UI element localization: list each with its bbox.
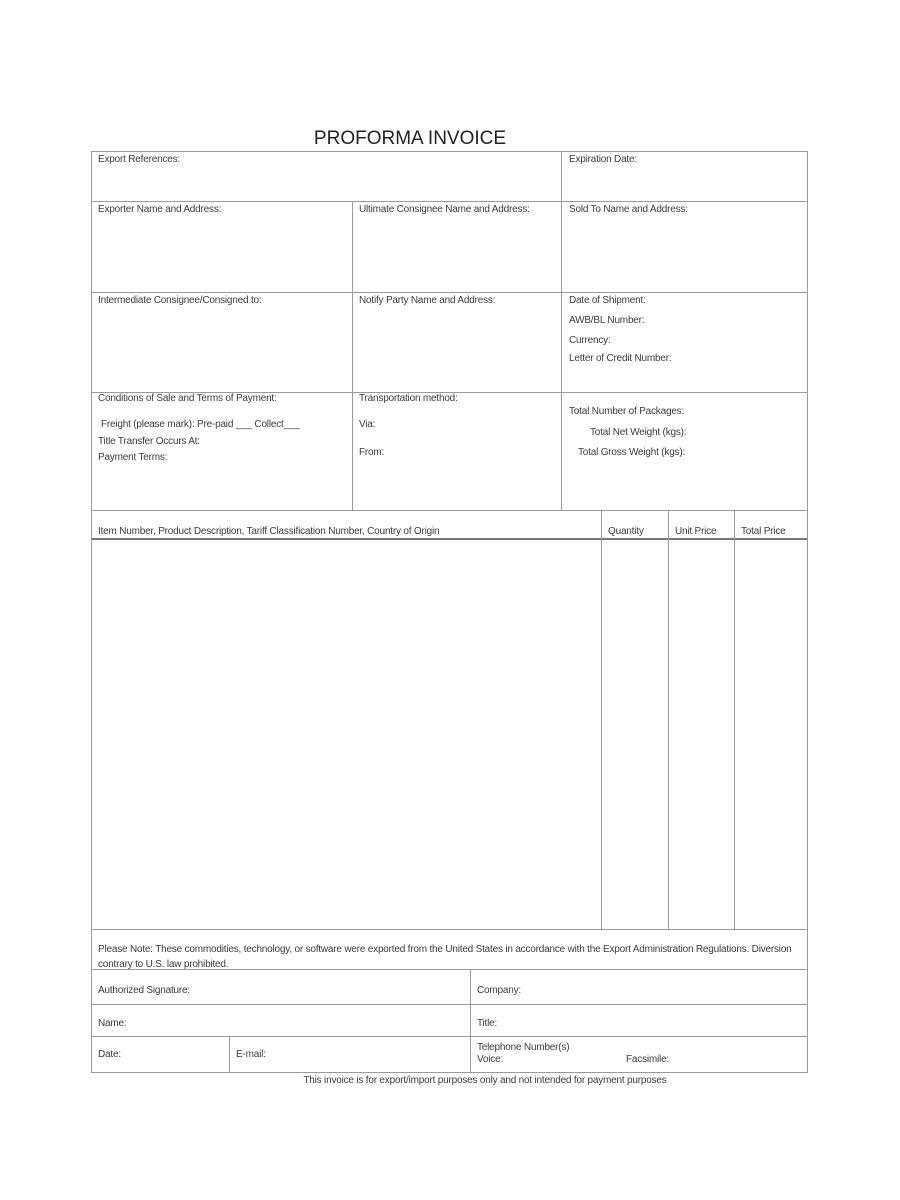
total-price-area[interactable] — [735, 541, 807, 929]
unit-price-area[interactable] — [669, 541, 734, 929]
authorized-signature-label: Authorized Signature: — [98, 985, 190, 996]
total-packages-label: Total Number of Packages: — [569, 406, 684, 417]
transportation-field[interactable]: Transportation method: Via: From: — [353, 393, 561, 510]
title-field[interactable]: Title: — [471, 1005, 807, 1036]
quantity-area[interactable] — [602, 541, 668, 929]
border-right — [807, 151, 808, 1073]
conditions-of-sale-field[interactable]: Conditions of Sale and Terms of Payment:… — [92, 393, 352, 510]
column-header-unit-price: Unit Price — [675, 526, 716, 537]
transportation-method-label: Transportation method: — [359, 393, 458, 404]
awb-bl-label: AWB/BL Number: — [569, 315, 644, 326]
exporter-label: Exporter Name and Address: — [98, 204, 221, 215]
email-label: E-mail: — [236, 1049, 266, 1060]
facsimile-label: Facsimile: — [626, 1054, 669, 1065]
intermediate-consignee-field[interactable]: Intermediate Consignee/Consigned to: — [92, 293, 352, 392]
company-field[interactable]: Company: — [471, 970, 807, 1004]
items-header-divider — [91, 538, 808, 540]
via-label: Via: — [359, 419, 375, 430]
export-references-field[interactable]: Export References: — [92, 152, 561, 201]
telephone-field[interactable]: Telephone Number(s) Voice: Facsimile: — [471, 1037, 807, 1072]
intermediate-consignee-label: Intermediate Consignee/Consigned to: — [98, 295, 261, 306]
column-header-description: Item Number, Product Description, Tariff… — [98, 526, 439, 537]
notify-party-label: Notify Party Name and Address: — [359, 295, 495, 306]
sold-to-field[interactable]: Sold To Name and Address: — [562, 202, 807, 292]
company-label: Company: — [477, 985, 521, 996]
divider — [91, 929, 808, 930]
export-references-label: Export References: — [98, 154, 180, 165]
from-label: From: — [359, 447, 384, 458]
expiration-date-label: Expiration Date: — [569, 154, 637, 165]
total-gross-weight-label: Total Gross Weight (kgs): — [578, 447, 685, 458]
sold-to-label: Sold To Name and Address: — [569, 204, 688, 215]
name-field[interactable]: Name: — [92, 1005, 470, 1036]
ultimate-consignee-field[interactable]: Ultimate Consignee Name and Address: — [353, 202, 561, 292]
letter-of-credit-label: Letter of Credit Number: — [569, 353, 671, 364]
divider — [91, 510, 808, 511]
document-title: PROFORMA INVOICE — [0, 128, 900, 150]
conditions-of-sale-label: Conditions of Sale and Terms of Payment: — [98, 393, 277, 404]
total-net-weight-label: Total Net Weight (kgs): — [590, 427, 686, 438]
column-header-total-price: Total Price — [741, 526, 786, 537]
name-label: Name: — [98, 1018, 126, 1029]
date-label: Date: — [98, 1049, 121, 1060]
title-transfer-label: Title Transfer Occurs At: — [98, 436, 200, 447]
export-note: Please Note: These commodities, technolo… — [98, 942, 798, 972]
border-bottom — [91, 1072, 808, 1073]
notify-party-field[interactable]: Notify Party Name and Address: — [353, 293, 561, 392]
telephone-label: Telephone Number(s) — [477, 1042, 569, 1053]
payment-terms-label: Payment Terms: — [98, 452, 167, 463]
exporter-field[interactable]: Exporter Name and Address: — [92, 202, 352, 292]
package-totals-field[interactable]: Total Number of Packages: Total Net Weig… — [562, 393, 807, 510]
voice-label: Voice: — [477, 1054, 503, 1065]
title-text: PROFORMA INVOICE — [314, 128, 506, 149]
currency-label: Currency: — [569, 335, 611, 346]
item-description-area[interactable] — [92, 541, 601, 929]
date-of-shipment-label: Date of Shipment: — [569, 295, 646, 306]
date-field[interactable]: Date: — [92, 1037, 229, 1072]
ultimate-consignee-label: Ultimate Consignee Name and Address: — [359, 204, 530, 215]
expiration-date-field[interactable]: Expiration Date: — [562, 152, 807, 201]
email-field[interactable]: E-mail: — [230, 1037, 470, 1072]
authorized-signature-field[interactable]: Authorized Signature: — [92, 970, 470, 1004]
shipment-details-field[interactable]: Date of Shipment: AWB/BL Number: Currenc… — [562, 293, 807, 392]
title-label: Title: — [477, 1018, 497, 1029]
column-header-quantity: Quantity — [608, 526, 644, 537]
footer-disclaimer: This invoice is for export/import purpos… — [0, 1075, 900, 1086]
freight-label: Freight (please mark): Pre-paid ___ Coll… — [101, 419, 300, 430]
